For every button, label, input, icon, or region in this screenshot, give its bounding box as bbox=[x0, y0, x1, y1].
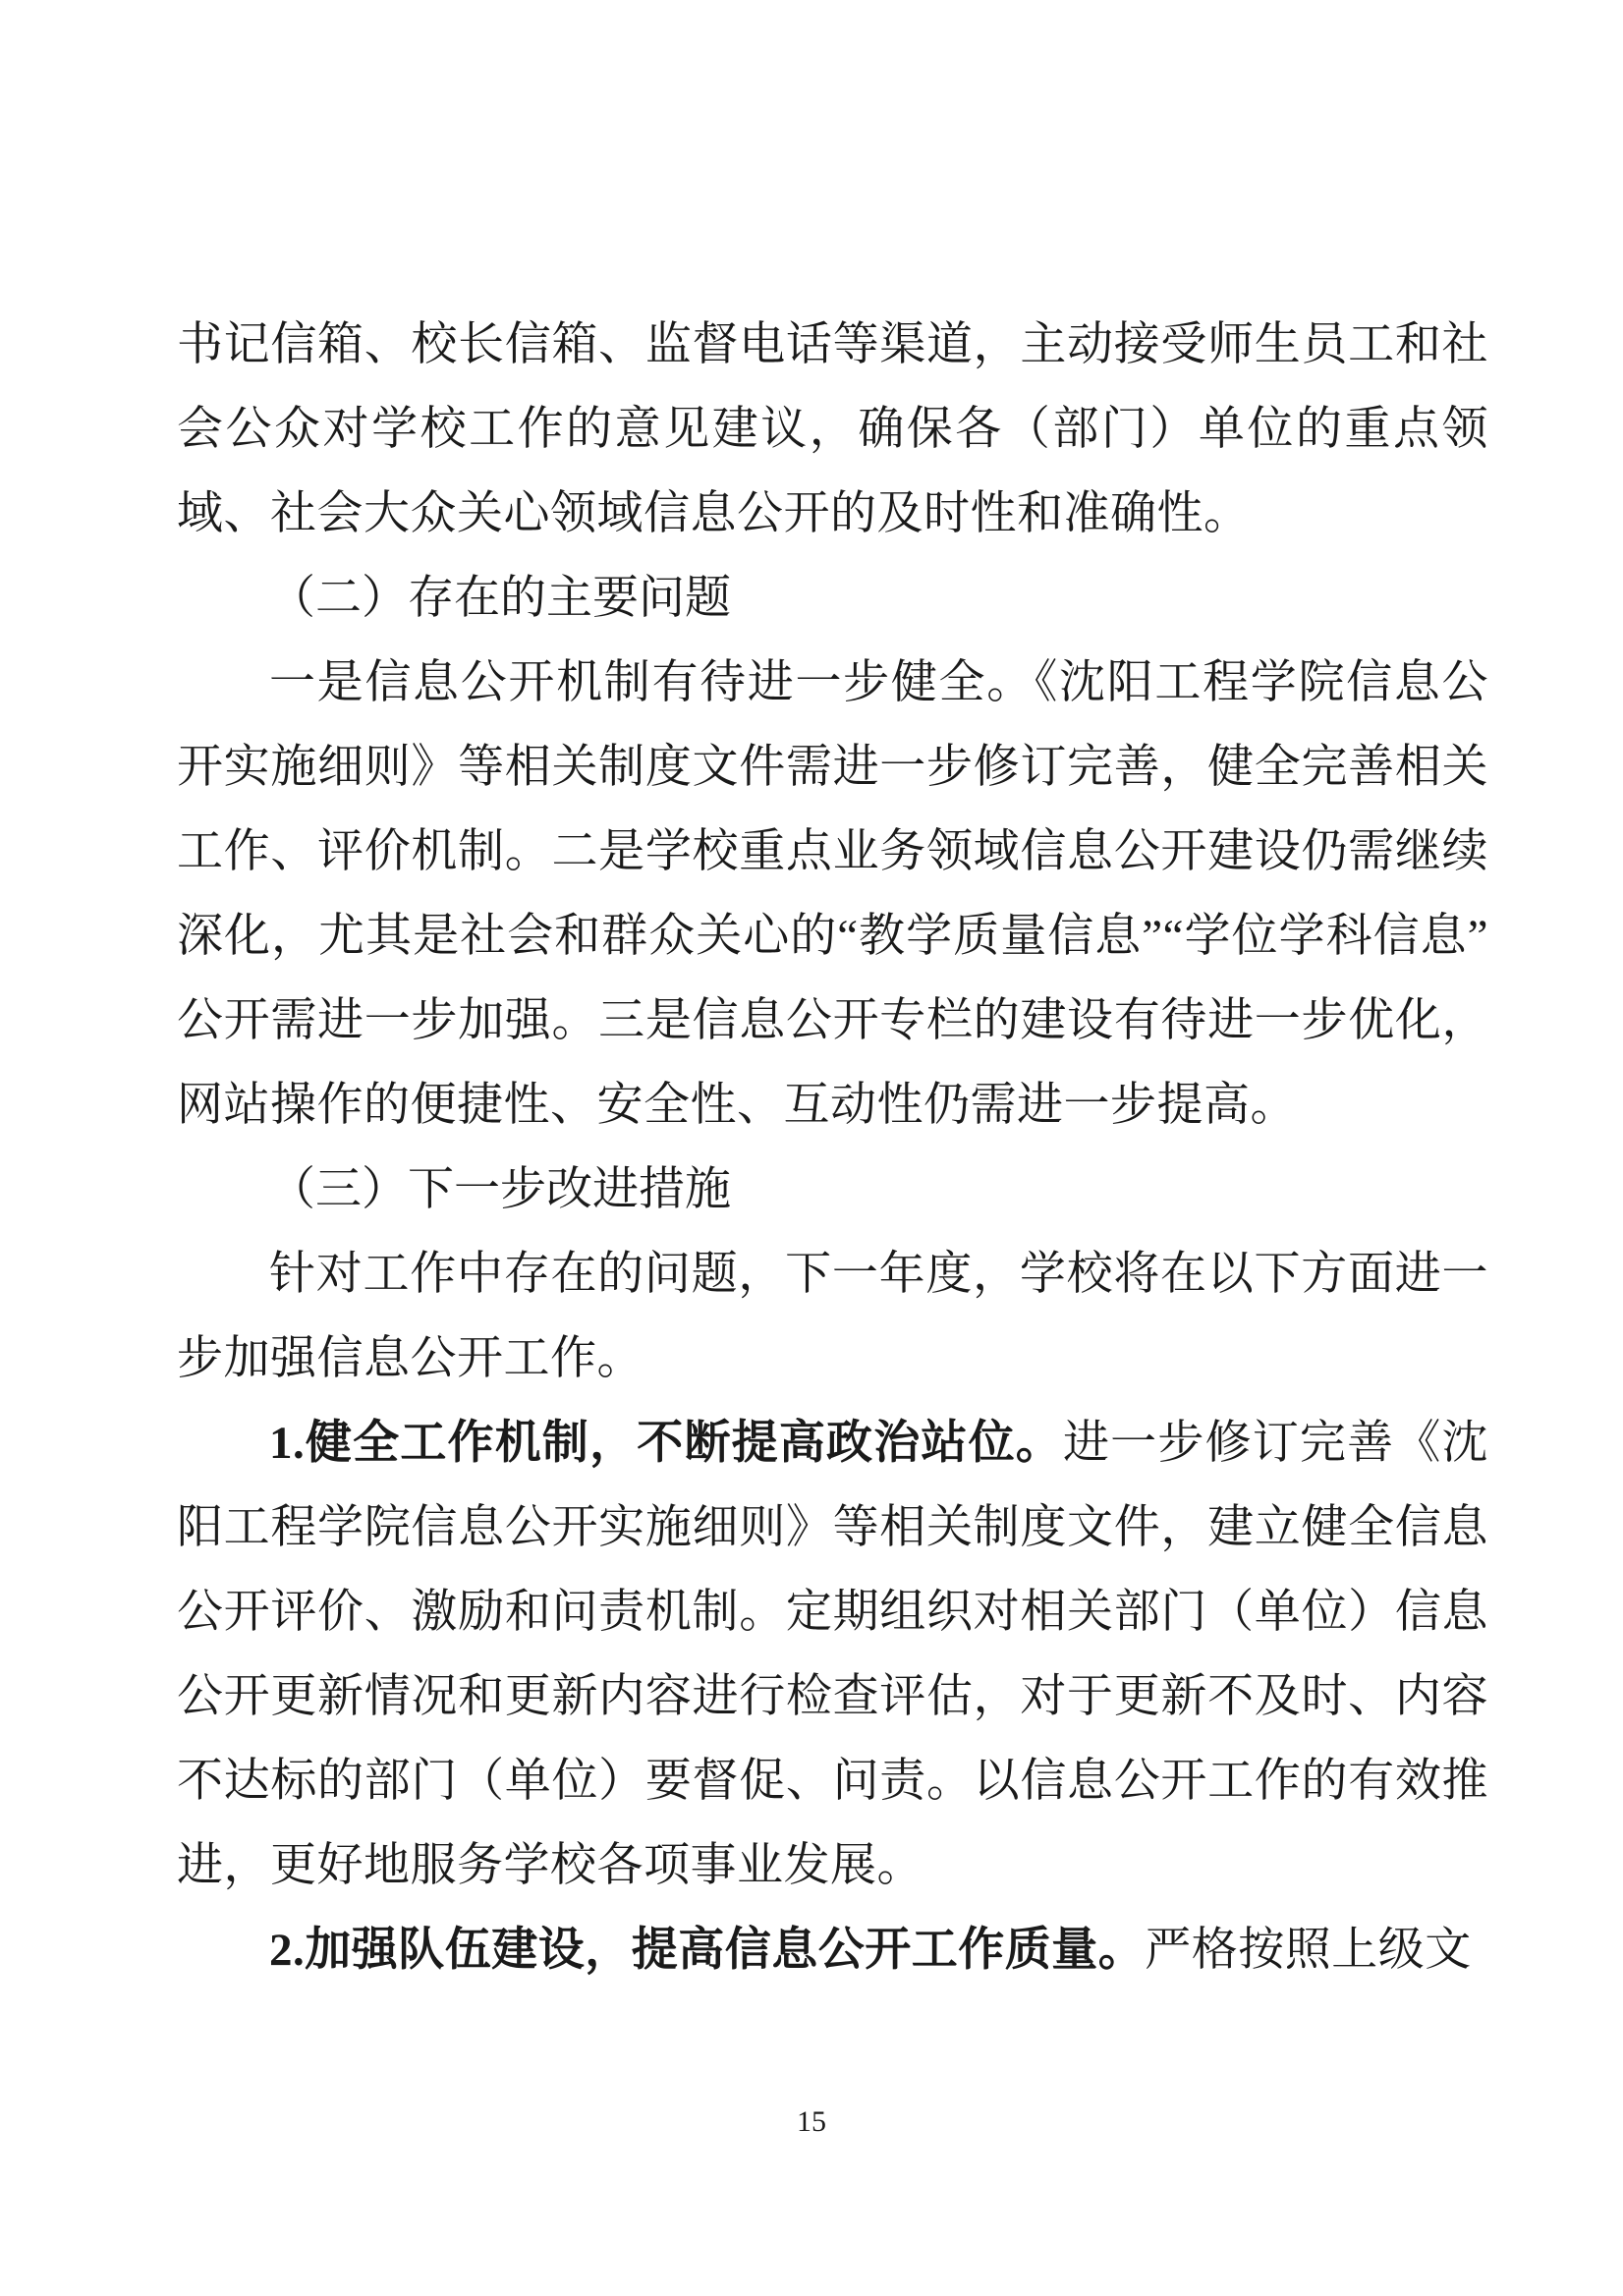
page-number: 15 bbox=[0, 2102, 1623, 2142]
document-page: 书记信箱、校长信箱、监督电话等渠道，主动接受师生员工和社会公众对学校工作的意见建… bbox=[0, 0, 1623, 2296]
item-2-bold-lead: 2.加强队伍建设，提高信息公开工作质量。 bbox=[269, 1925, 1145, 1976]
item-1-text: 进一步修订完善《沈阳工程学院信息公开实施细则》等相关制度文件，建立健全信息公开评… bbox=[177, 1418, 1488, 1891]
document-body: 书记信箱、校长信箱、监督电话等渠道，主动接受师生员工和社会公众对学校工作的意见建… bbox=[177, 303, 1488, 1992]
item-1-bold-lead: 1.健全工作机制，不断提高政治站位。 bbox=[269, 1418, 1063, 1469]
item-2-text: 严格按照上级文 bbox=[1145, 1925, 1472, 1976]
paragraph-item-1: 1.健全工作机制，不断提高政治站位。进一步修订完善《沈阳工程学院信息公开实施细则… bbox=[177, 1401, 1488, 1908]
paragraph-continuation: 书记信箱、校长信箱、监督电话等渠道，主动接受师生员工和社会公众对学校工作的意见建… bbox=[177, 303, 1488, 556]
paragraph-intro: 针对工作中存在的问题，下一年度，学校将在以下方面进一步加强信息公开工作。 bbox=[177, 1232, 1488, 1401]
paragraph-item-2: 2.加强队伍建设，提高信息公开工作质量。严格按照上级文 bbox=[177, 1908, 1488, 1992]
paragraph-problems: 一是信息公开机制有待进一步健全。《沈阳工程学院信息公开实施细则》等相关制度文件需… bbox=[177, 641, 1488, 1148]
section-heading-next-steps: （三）下一步改进措施 bbox=[177, 1148, 1488, 1232]
section-heading-existing-problems: （二）存在的主要问题 bbox=[177, 556, 1488, 641]
